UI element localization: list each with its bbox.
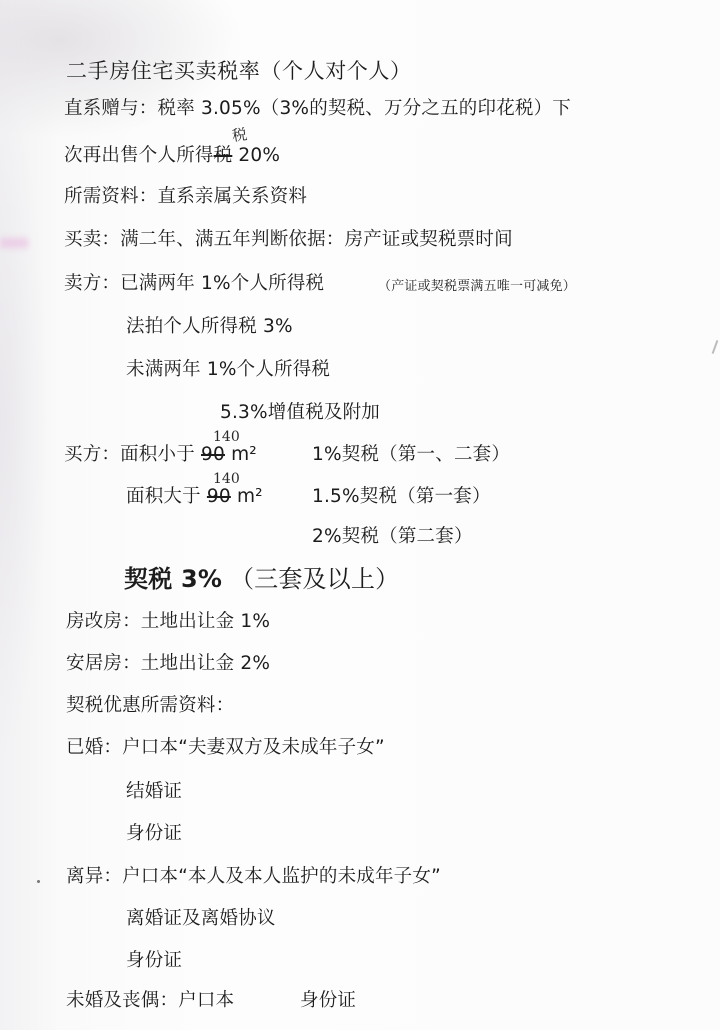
buyer-label: 买方： (64, 444, 120, 465)
buyer-rate-large-second: 2%契税（第二套） (312, 526, 473, 548)
married-line-3: 身份证 (126, 823, 182, 845)
struck-area-value: 90 (207, 486, 231, 507)
buyer-row-2: 面积大于 90 m² (126, 486, 263, 508)
handwritten-area-value: 140 (213, 430, 240, 444)
area-unit: m² (231, 444, 257, 465)
seller-under-two-years: 未满两年 1%个人所得税 (126, 359, 330, 381)
seller-row-1: 卖方：已满两年 1%个人所得税 (64, 273, 324, 295)
married-line-1: 已婚：户口本“夫妻双方及未成年子女” (66, 737, 385, 759)
gift-tax-line-2-suffix: 20% (232, 145, 280, 166)
gift-tax-line-1: 直系赠与：税率 3.05%（3%的契税、万分之五的印花税）下 (64, 98, 571, 120)
paper-smudge (0, 238, 28, 248)
deed-tax-rate: 契税 3% (124, 565, 222, 593)
gift-tax-line-2-prefix: 次再出售个人所得 (64, 145, 214, 166)
deed-tax-scope: （三套及以上） (222, 565, 399, 593)
divorced-line-2: 离婚证及离婚协议 (126, 908, 276, 930)
paper-speck (37, 880, 40, 883)
sale-basis: 买卖：满二年、满五年判断依据：房产证或契税票时间 (64, 229, 513, 251)
handwritten-area-value: 140 (213, 472, 240, 486)
document-title: 二手房住宅买卖税率（个人对个人） (66, 60, 412, 82)
buyer-rate-small: 1%契税（第一、二套） (312, 444, 510, 466)
reform-house-fee: 房改房：土地出让金 1% (66, 611, 270, 633)
deed-tax-heading: 契税 3% （三套及以上） (124, 568, 399, 590)
struck-character: 税 (214, 145, 233, 166)
seller-label: 卖方： (64, 273, 120, 294)
buyer-row-1: 买方：面积小于 90 m² (64, 444, 257, 466)
buyer-area-greater-than: 面积大于 (126, 486, 201, 507)
buyer-rate-large-first: 1.5%契税（第一套） (312, 486, 491, 508)
married-line-2: 结婚证 (126, 781, 182, 803)
handwritten-correction: 税 (231, 127, 248, 143)
struck-area-value: 90 (201, 444, 225, 465)
area-unit: m² (237, 486, 263, 507)
seller-vat: 5.3%增值税及附加 (220, 402, 380, 424)
document-page: 二手房住宅买卖税率（个人对个人） 直系赠与：税率 3.05%（3%的契税、万分之… (0, 0, 720, 1030)
paper-edge-mark (712, 340, 719, 354)
seller-over-two-years: 已满两年 1%个人所得税 (120, 273, 324, 294)
divorced-line-1: 离异：户口本“本人及本人监护的未成年子女” (66, 866, 441, 888)
discount-materials-heading: 契税优惠所需资料： (66, 695, 234, 717)
seller-exemption-note: （产证或契税票满五唯一可减免） (378, 276, 576, 298)
gift-tax-line-2: 次再出售个人所得税 20% (64, 145, 280, 167)
settlement-house-fee: 安居房：土地出让金 2% (66, 653, 270, 675)
buyer-area-less-than: 面积小于 (120, 444, 195, 465)
seller-auction-tax: 法拍个人所得税 3% (126, 316, 293, 338)
gift-materials: 所需资料：直系亲属关系资料 (64, 186, 307, 208)
single-widowed-label: 未婚及丧偶：户口本 (66, 990, 234, 1012)
single-widowed-id: 身份证 (300, 990, 356, 1012)
divorced-line-3: 身份证 (126, 950, 182, 972)
